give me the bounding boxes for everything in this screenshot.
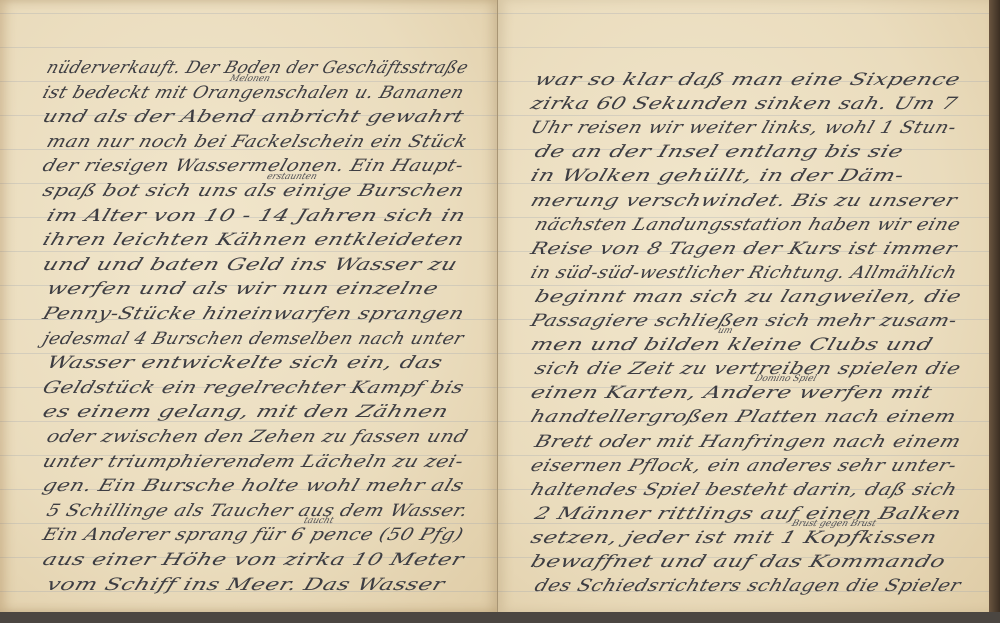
handwritten-line: bewaffnet und auf das Kommando xyxy=(528,552,948,572)
notebook-spread: nüderverkauft. Der Boden der Geschäftsst… xyxy=(0,0,1000,612)
handwritten-line: eisernen Pflock, ein anderes sehr unter- xyxy=(528,456,959,476)
handwritten-line: 2 Männer rittlings auf einen Balken xyxy=(532,504,964,524)
interlinear-insertion: Melonen xyxy=(228,74,271,84)
handwritten-line: Penny-Stücke hineinwarfen sprangen xyxy=(40,304,467,324)
handwritten-line: werfen und als wir nun einzelne xyxy=(44,279,441,299)
handwritten-line: im Alter von 10 - 14 Jahren sich in xyxy=(44,206,468,226)
handwritten-line: und als der Abend anbricht gewahrt xyxy=(40,107,467,127)
scan-background xyxy=(0,612,1000,623)
interlinear-insertion: um xyxy=(716,326,734,336)
handwritten-line: in süd-süd-westlicher Richtung. Allmähli… xyxy=(528,263,960,283)
handwritten-line: spaß bot sich uns als einige Burschen xyxy=(40,181,467,201)
handwritten-line: aus einer Höhe von zirka 10 Meter xyxy=(40,550,467,570)
handwritten-line: oder zwischen den Zehen zu fassen und xyxy=(44,427,470,447)
handwritten-line: men und bilden kleine Clubs und xyxy=(528,335,935,355)
right-page: war so klar daß man eine Sixpencezirka 6… xyxy=(498,0,990,612)
book-binding-edge xyxy=(989,0,1000,612)
handwritten-line: war so klar daß man eine Sixpence xyxy=(532,70,963,90)
handwritten-line: Uhr reisen wir weiter links, wohl 1 Stun… xyxy=(528,118,959,138)
handwritten-line: in Wolken gehüllt, in der Däm- xyxy=(528,166,907,186)
handwritten-line: handtellergroßen Platten nach einem xyxy=(528,407,959,427)
handwritten-line: haltendes Spiel besteht darin, daß sich xyxy=(528,480,960,500)
interlinear-insertion: Domino Spiel xyxy=(753,374,817,384)
handwritten-line: Ein Anderer sprang für 6 pence (50 Pfg) xyxy=(40,525,466,545)
handwritten-line: einen Karten, Andere werfen mit xyxy=(528,383,935,403)
handwritten-line: ihren leichten Kähnen entkleideten xyxy=(40,230,467,250)
handwritten-line: der riesigen Wassermelonen. Ein Haupt- xyxy=(40,156,466,176)
handwritten-line: es einem gelang, mit den Zähnen xyxy=(40,402,451,422)
left-page: nüderverkauft. Der Boden der Geschäftsst… xyxy=(0,0,498,612)
handwritten-line: Wasser entwickelte sich ein, das xyxy=(44,353,445,373)
handwritten-line: zirka 60 Sekunden sinken sah. Um 7 xyxy=(528,94,960,114)
handwritten-line: des Schiedsrichters schlagen die Spieler xyxy=(532,576,963,596)
handwritten-line: Passagiere schließen sich mehr zusam- xyxy=(528,311,960,331)
handwritten-line: Reise von 8 Tagen der Kurs ist immer xyxy=(528,239,960,259)
handwritten-line: man nur noch bei Fackelschein ein Stück xyxy=(44,132,470,152)
handwritten-line: ist bedeckt mit Orangenschalen u. Banane… xyxy=(40,83,467,103)
handwritten-line: unter triumphierendem Lächeln zu zei- xyxy=(40,452,466,472)
handwritten-line: jedesmal 4 Burschen demselben nach unter xyxy=(40,329,466,349)
interlinear-insertion: taucht xyxy=(302,516,334,526)
handwritten-line: Geldstück ein regelrechter Kampf bis xyxy=(40,378,467,398)
handwritten-line: setzen, jeder ist mit 1 Kopfkissen xyxy=(528,528,940,548)
handwritten-line: de an der Insel entlang bis sie xyxy=(532,142,906,162)
handwritten-line: 5 Schillinge als Taucher aus dem Wasser. xyxy=(44,501,471,521)
handwritten-line: Brett oder mit Hanfringen nach einem xyxy=(532,432,964,452)
interlinear-insertion: erstaunten xyxy=(265,172,318,182)
handwritten-line: vom Schiff ins Meer. Das Wasser xyxy=(44,575,448,595)
handwritten-line: nächsten Landungsstation haben wir eine xyxy=(532,215,963,235)
right-page-text: war so klar daß man eine Sixpencezirka 6… xyxy=(498,0,990,612)
handwritten-line: beginnt man sich zu langweilen, die xyxy=(532,287,964,307)
interlinear-insertion: Brust gegen Brust xyxy=(790,519,877,529)
handwritten-line: merung verschwindet. Bis zu unserer xyxy=(528,191,960,211)
left-page-text: nüderverkauft. Der Boden der Geschäftsst… xyxy=(0,0,497,612)
handwritten-line: sich die Zeit zu vertreiben spielen die xyxy=(532,359,964,379)
handwritten-line: und und baten Geld ins Wasser zu xyxy=(40,255,460,275)
handwritten-line: gen. Ein Bursche holte wohl mehr als xyxy=(40,476,467,496)
